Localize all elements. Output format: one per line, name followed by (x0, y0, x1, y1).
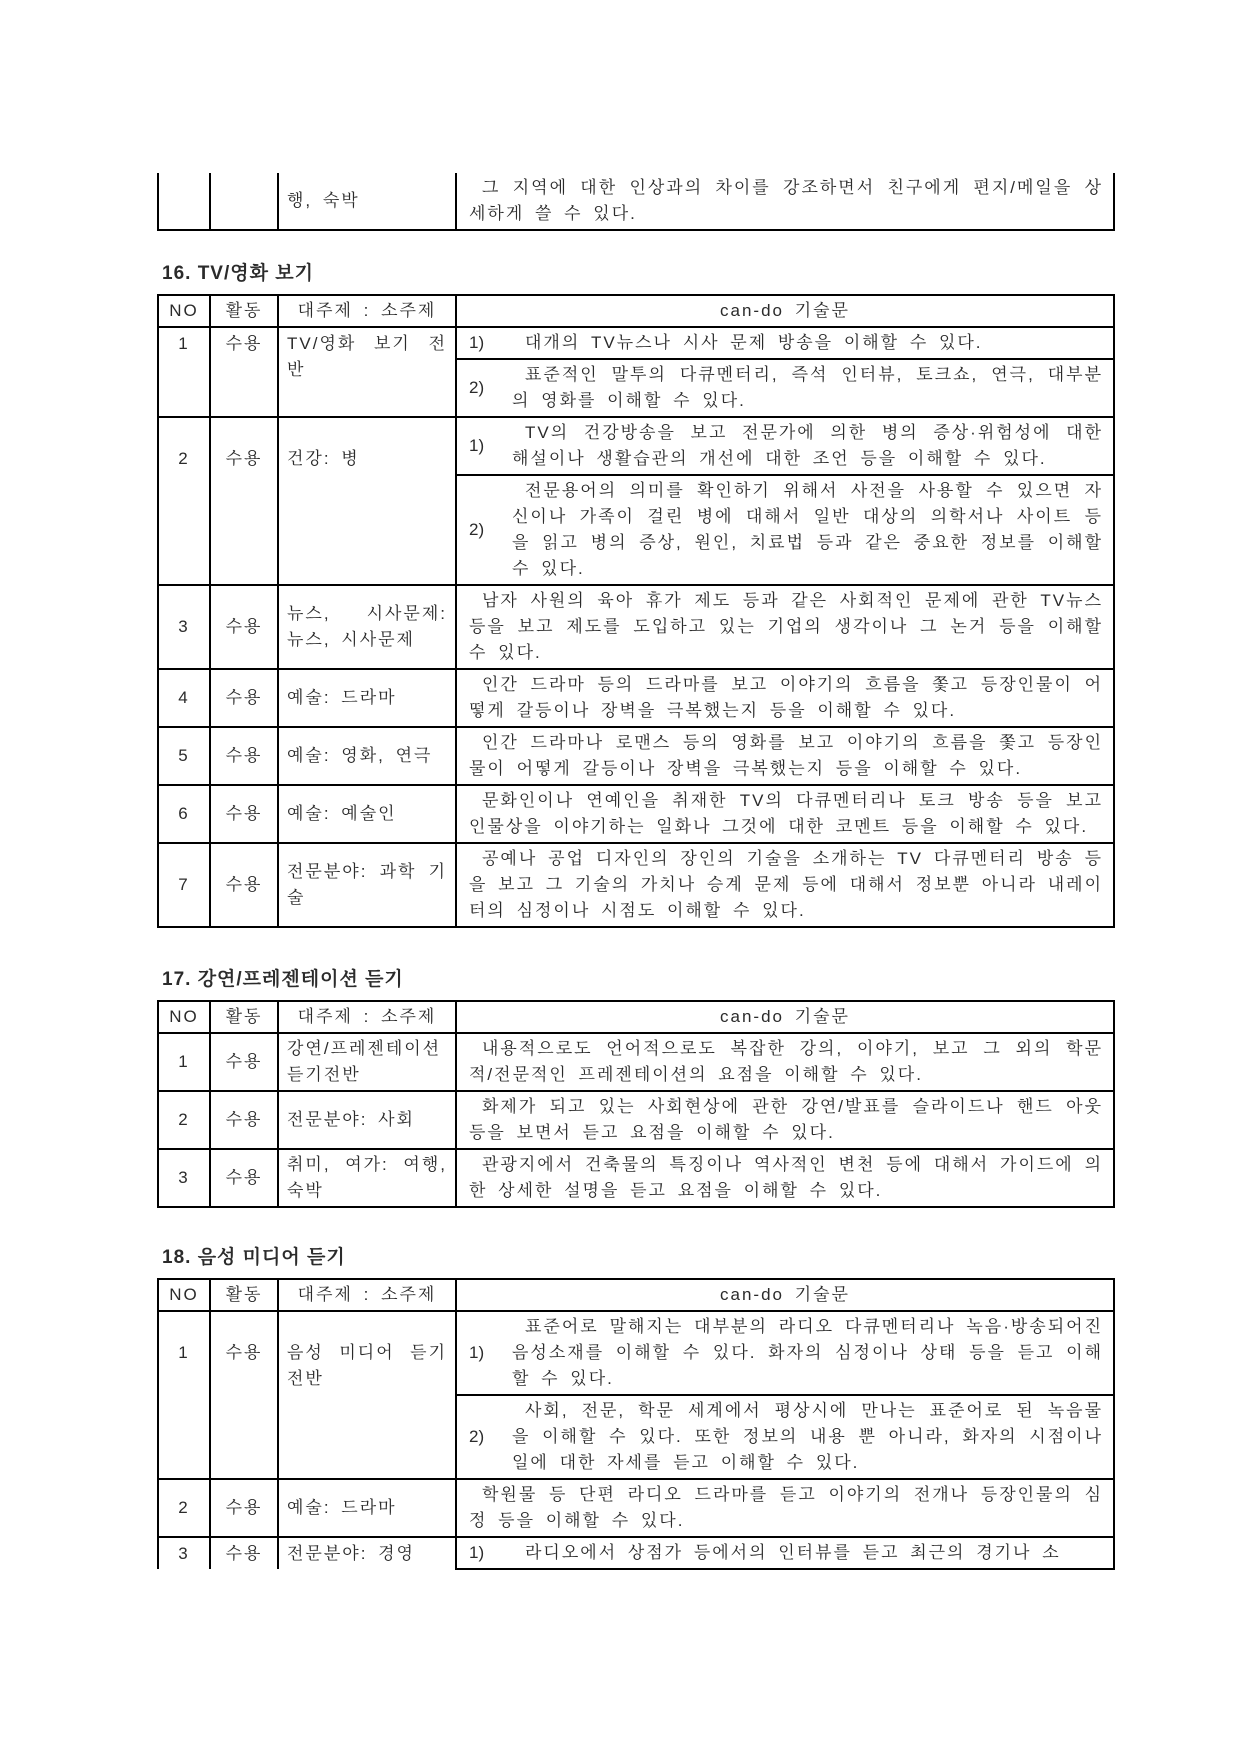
col-header-cando: can-do 기술문 (456, 1279, 1114, 1311)
row-no: 7 (158, 843, 210, 927)
row-topic: TV/영화 보기 전반 (278, 327, 456, 417)
table-row: 4 수용 예술: 드라마 인간 드라마 등의 드라마를 보고 이야기의 흐름을 … (158, 669, 1114, 727)
row-activity: 수용 (210, 1149, 278, 1207)
cando-text: 인간 드라마 등의 드라마를 보고 이야기의 흐름을 쫓고 등장인물이 어떻게 … (469, 672, 1103, 724)
section-18-title: 18. 음성 미디어 듣기 (157, 1242, 1113, 1269)
row-no: 1 (158, 1311, 210, 1479)
row-no: 3 (158, 585, 210, 669)
row-cando: 그 지역에 대한 인상과의 차이를 강조하면서 친구에게 편지/메일을 상세하게… (456, 173, 1114, 230)
item-number: 1) (469, 1340, 512, 1366)
cando-text: 사회, 전문, 학문 세계에서 평상시에 만나는 표준어로 된 녹음물을 이해할… (512, 1398, 1103, 1476)
row-topic: 전문분야: 경영 (278, 1537, 456, 1569)
table-row: 행, 숙박 그 지역에 대한 인상과의 차이를 강조하면서 친구에게 편지/메일… (158, 173, 1114, 230)
row-no: 2 (158, 1091, 210, 1149)
row-no: 2 (158, 1479, 210, 1537)
cando-text: 공예나 공업 디자인의 장인의 기술을 소개하는 TV 다큐멘터리 방송 등을 … (469, 846, 1103, 924)
row-cando: 문화인이나 연예인을 취재한 TV의 다큐멘터리나 토크 방송 등을 보고 인물… (456, 785, 1114, 843)
row-topic: 예술: 영화, 연극 (278, 727, 456, 785)
continuation-table: 행, 숙박 그 지역에 대한 인상과의 차이를 강조하면서 친구에게 편지/메일… (157, 173, 1115, 231)
row-activity: 수용 (210, 1091, 278, 1149)
item-number: 2) (469, 375, 512, 401)
cando-text: 인간 드라마나 로맨스 등의 영화를 보고 이야기의 흐름을 쫓고 등장인물이 … (469, 730, 1103, 782)
cando-text: 문화인이나 연예인을 취재한 TV의 다큐멘터리나 토크 방송 등을 보고 인물… (469, 788, 1103, 840)
item-number: 2) (469, 517, 512, 543)
section-16-table: NO 활동 대주제 : 소주제 can-do 기술문 1 수용 TV/영화 보기… (157, 294, 1115, 928)
row-no: 6 (158, 785, 210, 843)
col-header-no: NO (158, 1279, 210, 1311)
row-cando-item: 2)전문용어의 의미를 확인하기 위해서 사전을 사용할 수 있으면 자신이나 … (456, 475, 1114, 585)
row-activity: 수용 (210, 417, 278, 585)
table-row: 5 수용 예술: 영화, 연극 인간 드라마나 로맨스 등의 영화를 보고 이야… (158, 727, 1114, 785)
row-cando: 학원물 등 단편 라디오 드라마를 듣고 이야기의 전개나 등장인물의 심정 등… (456, 1479, 1114, 1537)
row-topic: 뉴스, 시사문제: 뉴스, 시사문제 (278, 585, 456, 669)
row-activity: 수용 (210, 1479, 278, 1537)
table-row: 2 수용 건강: 병 1)TV의 건강방송을 보고 전문가에 의한 병의 증상·… (158, 417, 1114, 475)
row-activity: 수용 (210, 843, 278, 927)
table-row: 7 수용 전문분야: 과학 기술 공예나 공업 디자인의 장인의 기술을 소개하… (158, 843, 1114, 927)
item-number: 1) (469, 1540, 512, 1566)
col-header-activity: 활동 (210, 295, 278, 327)
row-activity: 수용 (210, 1311, 278, 1479)
row-activity-empty (210, 173, 278, 230)
table-row: 3 수용 취미, 여가: 여행, 숙박 관광지에서 건축물의 특징이나 역사적인… (158, 1149, 1114, 1207)
row-topic: 예술: 예술인 (278, 785, 456, 843)
section-18-table: NO 활동 대주제 : 소주제 can-do 기술문 1 수용 음성 미디어 듣… (157, 1278, 1115, 1570)
cando-text: 대개의 TV뉴스나 시사 문제 방송을 이해할 수 있다. (512, 330, 1103, 356)
item-number: 2) (469, 1424, 512, 1450)
col-header-topic: 대주제 : 소주제 (278, 295, 456, 327)
row-cando: 관광지에서 건축물의 특징이나 역사적인 변천 등에 대해서 가이드에 의한 상… (456, 1149, 1114, 1207)
row-no: 5 (158, 727, 210, 785)
row-topic: 강연/프레젠테이션 듣기전반 (278, 1033, 456, 1091)
row-topic: 예술: 드라마 (278, 669, 456, 727)
table-row: 3 수용 뉴스, 시사문제: 뉴스, 시사문제 남자 사원의 육아 휴가 제도 … (158, 585, 1114, 669)
row-activity: 수용 (210, 727, 278, 785)
cando-text: 라디오에서 상점가 등에서의 인터뷰를 듣고 최근의 경기나 소 (512, 1540, 1103, 1566)
table-header-row: NO 활동 대주제 : 소주제 can-do 기술문 (158, 295, 1114, 327)
row-no: 1 (158, 327, 210, 417)
section-16-title: 16. TV/영화 보기 (157, 258, 1113, 285)
row-no: 1 (158, 1033, 210, 1091)
document-page: { "page": { "col_headers": ["NO", "활동", … (0, 0, 1240, 1753)
row-topic: 전문분야: 과학 기술 (278, 843, 456, 927)
section-17-table: NO 활동 대주제 : 소주제 can-do 기술문 1 수용 강연/프레젠테이… (157, 1000, 1115, 1208)
row-cando-item: 1)라디오에서 상점가 등에서의 인터뷰를 듣고 최근의 경기나 소 (456, 1537, 1114, 1569)
col-header-topic: 대주제 : 소주제 (278, 1001, 456, 1033)
row-no: 3 (158, 1149, 210, 1207)
table-row-cut: 3 수용 전문분야: 경영 1)라디오에서 상점가 등에서의 인터뷰를 듣고 최… (158, 1537, 1114, 1569)
table-header-row: NO 활동 대주제 : 소주제 can-do 기술문 (158, 1279, 1114, 1311)
table-row: 1 수용 음성 미디어 듣기 전반 1)표준어로 말해지는 대부분의 라디오 다… (158, 1311, 1114, 1395)
col-header-topic: 대주제 : 소주제 (278, 1279, 456, 1311)
cando-text: 전문용어의 의미를 확인하기 위해서 사전을 사용할 수 있으면 자신이나 가족… (512, 478, 1103, 582)
cando-text: 남자 사원의 육아 휴가 제도 등과 같은 사회적인 문제에 관한 TV뉴스 등… (469, 588, 1103, 666)
row-topic: 행, 숙박 (278, 173, 456, 230)
row-no: 2 (158, 417, 210, 585)
col-header-cando: can-do 기술문 (456, 295, 1114, 327)
row-topic: 전문분야: 사회 (278, 1091, 456, 1149)
row-topic: 예술: 드라마 (278, 1479, 456, 1537)
table-row: 2 수용 전문분야: 사회 화제가 되고 있는 사회현상에 관한 강연/발표를 … (158, 1091, 1114, 1149)
cando-text: TV의 건강방송을 보고 전문가에 의한 병의 증상·위험성에 대한 해설이나 … (512, 420, 1103, 472)
row-no-empty (158, 173, 210, 230)
row-activity: 수용 (210, 327, 278, 417)
row-cando: 인간 드라마 등의 드라마를 보고 이야기의 흐름을 쫓고 등장인물이 어떻게 … (456, 669, 1114, 727)
row-topic: 음성 미디어 듣기 전반 (278, 1311, 456, 1479)
row-activity: 수용 (210, 785, 278, 843)
row-activity: 수용 (210, 669, 278, 727)
page-content: 행, 숙박 그 지역에 대한 인상과의 차이를 강조하면서 친구에게 편지/메일… (157, 0, 1113, 1570)
row-cando: 인간 드라마나 로맨스 등의 영화를 보고 이야기의 흐름을 쫓고 등장인물이 … (456, 727, 1114, 785)
row-cando-item: 2)표준적인 말투의 다큐멘터리, 즉석 인터뷰, 토크쇼, 연극, 대부분의 … (456, 359, 1114, 417)
row-cando: 남자 사원의 육아 휴가 제도 등과 같은 사회적인 문제에 관한 TV뉴스 등… (456, 585, 1114, 669)
table-header-row: NO 활동 대주제 : 소주제 can-do 기술문 (158, 1001, 1114, 1033)
row-activity: 수용 (210, 1033, 278, 1091)
row-cando: 공예나 공업 디자인의 장인의 기술을 소개하는 TV 다큐멘터리 방송 등을 … (456, 843, 1114, 927)
table-row: 1 수용 TV/영화 보기 전반 1)대개의 TV뉴스나 시사 문제 방송을 이… (158, 327, 1114, 359)
table-row: 1 수용 강연/프레젠테이션 듣기전반 내용적으로도 언어적으로도 복잡한 강의… (158, 1033, 1114, 1091)
cando-text: 관광지에서 건축물의 특징이나 역사적인 변천 등에 대해서 가이드에 의한 상… (469, 1152, 1103, 1204)
row-cando: 화제가 되고 있는 사회현상에 관한 강연/발표를 슬라이드나 핸드 아웃 등을… (456, 1091, 1114, 1149)
row-no: 3 (158, 1537, 210, 1569)
row-topic: 취미, 여가: 여행, 숙박 (278, 1149, 456, 1207)
row-cando-item: 1)대개의 TV뉴스나 시사 문제 방송을 이해할 수 있다. (456, 327, 1114, 359)
row-activity: 수용 (210, 1537, 278, 1569)
row-activity: 수용 (210, 585, 278, 669)
row-no: 4 (158, 669, 210, 727)
row-cando-item: 1)표준어로 말해지는 대부분의 라디오 다큐멘터리나 녹음·방송되어진 음성소… (456, 1311, 1114, 1395)
cando-text: 그 지역에 대한 인상과의 차이를 강조하면서 친구에게 편지/메일을 상세하게… (469, 175, 1103, 227)
top-margin (157, 0, 1113, 173)
row-topic: 건강: 병 (278, 417, 456, 585)
item-number: 1) (469, 433, 512, 459)
row-cando: 내용적으로도 언어적으로도 복잡한 강의, 이야기, 보고 그 외의 학문적/전… (456, 1033, 1114, 1091)
row-cando-item: 2)사회, 전문, 학문 세계에서 평상시에 만나는 표준어로 된 녹음물을 이… (456, 1395, 1114, 1479)
cando-text: 화제가 되고 있는 사회현상에 관한 강연/발표를 슬라이드나 핸드 아웃 등을… (469, 1094, 1103, 1146)
col-header-no: NO (158, 1001, 210, 1033)
col-header-activity: 활동 (210, 1279, 278, 1311)
table-row: 2 수용 예술: 드라마 학원물 등 단편 라디오 드라마를 듣고 이야기의 전… (158, 1479, 1114, 1537)
section-17-title: 17. 강연/프레젠테이션 듣기 (157, 964, 1113, 991)
table-row: 6 수용 예술: 예술인 문화인이나 연예인을 취재한 TV의 다큐멘터리나 토… (158, 785, 1114, 843)
cando-text: 학원물 등 단편 라디오 드라마를 듣고 이야기의 전개나 등장인물의 심정 등… (469, 1482, 1103, 1534)
col-header-no: NO (158, 295, 210, 327)
cando-text: 내용적으로도 언어적으로도 복잡한 강의, 이야기, 보고 그 외의 학문적/전… (469, 1036, 1103, 1088)
col-header-cando: can-do 기술문 (456, 1001, 1114, 1033)
cando-text: 표준적인 말투의 다큐멘터리, 즉석 인터뷰, 토크쇼, 연극, 대부분의 영화… (512, 362, 1103, 414)
item-number: 1) (469, 330, 512, 356)
col-header-activity: 활동 (210, 1001, 278, 1033)
row-cando-item: 1)TV의 건강방송을 보고 전문가에 의한 병의 증상·위험성에 대한 해설이… (456, 417, 1114, 475)
cando-text: 표준어로 말해지는 대부분의 라디오 다큐멘터리나 녹음·방송되어진 음성소재를… (512, 1314, 1103, 1392)
